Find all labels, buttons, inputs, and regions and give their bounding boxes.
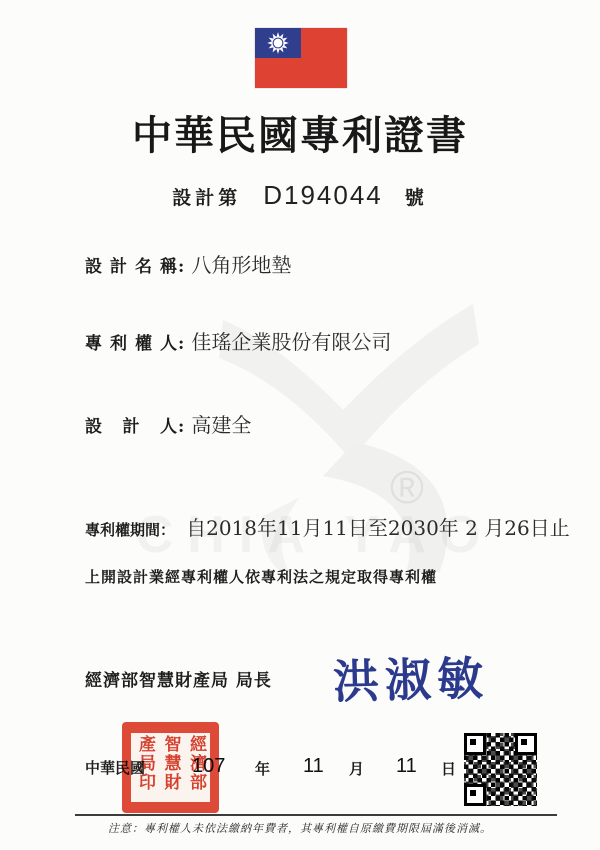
- field-patent-term: 專利權期間： 自2018年11月11日至2030年 2 月26日止: [85, 512, 570, 541]
- patentee-value: 佳瑤企業股份有限公司: [191, 330, 391, 354]
- patent-certificate-page: ® CHIA YAO: [0, 0, 600, 850]
- director-signature: 洪淑敏: [332, 642, 490, 712]
- patentee-label: 專利權人: [85, 329, 177, 354]
- date-year-unit: 年: [255, 758, 270, 779]
- official-seal: 經濟部 智慧財 產局印: [122, 722, 219, 813]
- field-patentee: 專利權人: 佳瑤企業股份有限公司: [85, 326, 391, 355]
- qr-finder-icon: [515, 733, 537, 755]
- designer-value: 高建全: [191, 413, 251, 437]
- footer-divider: [75, 814, 557, 816]
- qr-finder-icon: [464, 784, 486, 806]
- date-month: 11: [303, 755, 324, 778]
- seal-column: 經濟部: [186, 735, 206, 800]
- patent-term-label: 專利權期間：: [85, 521, 175, 539]
- qr-code: [464, 733, 537, 806]
- issuing-office: 經濟部智慧財產局 局長: [85, 666, 272, 691]
- designer-label: 設計人: [85, 412, 177, 437]
- qr-finder-icon: [464, 733, 486, 755]
- cert-number-prefix: 設計第: [172, 183, 241, 210]
- flag-canton: [255, 28, 301, 58]
- certificate-number-line: 設計第 D194044 號: [0, 180, 600, 211]
- date-day-unit: 日: [441, 758, 456, 779]
- colon: :: [178, 417, 184, 437]
- official-seal-inner: 經濟部 智慧財 產局印: [131, 733, 210, 802]
- seal-column: 產局印: [135, 735, 155, 800]
- cert-number: D194044: [263, 180, 383, 211]
- taiwan-flag: [255, 28, 347, 88]
- footnote: 注意：專利權人未依法繳納年費者，其專利權自原繳費期限屆滿後消滅。: [0, 820, 600, 836]
- certificate-title: 中華民國專利證書: [0, 104, 600, 161]
- date-month-unit: 月: [349, 758, 364, 779]
- design-name-label: 設計名稱: [85, 252, 177, 277]
- colon: :: [178, 334, 184, 354]
- white-sun-icon: [265, 30, 291, 56]
- date-day: 11: [396, 755, 417, 778]
- seal-column: 智慧財: [161, 735, 181, 800]
- legal-statement: 上開設計業經專利權人依專利法之規定取得專利權: [85, 566, 437, 587]
- colon: :: [178, 257, 184, 277]
- field-designer: 設計人: 高建全: [85, 409, 251, 438]
- design-name-value: 八角形地墊: [191, 253, 291, 277]
- cert-number-suffix: 號: [405, 183, 428, 210]
- patent-term-value: 自2018年11月11日至2030年 2 月26日止: [186, 516, 570, 540]
- field-design-name: 設計名稱: 八角形地墊: [85, 249, 291, 278]
